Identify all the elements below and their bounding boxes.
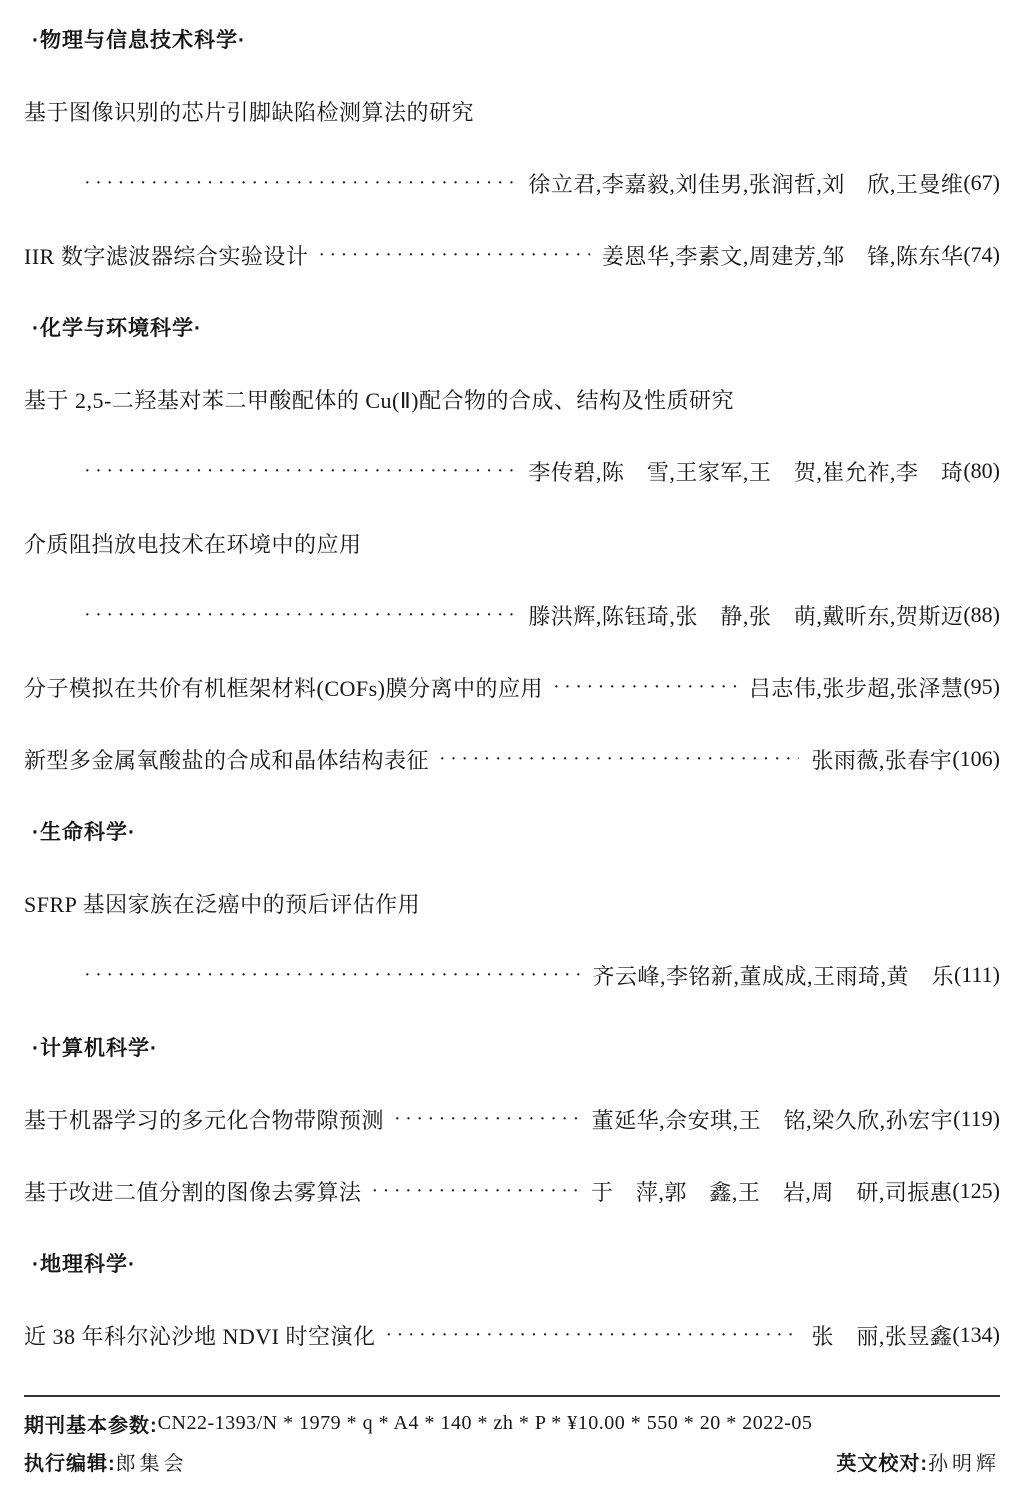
- section-heading-label: ·物理与信息技术科学·: [32, 24, 246, 54]
- toc-entry: 近 38 年科尔沁沙地 NDVI 时空演化 张 丽,张昱鑫 (134): [24, 1299, 1000, 1371]
- article-page-number: (67): [963, 170, 1000, 196]
- journal-params-value: CN22-1393/N * 1979 * q * A4 * 140 * zh *…: [158, 1412, 813, 1435]
- section-heading-geography: ·地理科学·: [24, 1227, 1000, 1299]
- article-authors: 姜恩华,李素文,周建芳,邹 锋,陈东华: [602, 240, 964, 271]
- section-heading-chemistry: ·化学与环境科学·: [24, 291, 1000, 363]
- english-proofreader-label: 英文校对:: [836, 1447, 928, 1476]
- article-page-number: (125): [952, 1178, 1000, 1204]
- executive-editor-label: 执行编辑:: [24, 1447, 116, 1476]
- article-authors: 徐立君,李嘉毅,刘佳男,张润哲,刘 欣,王曼维: [528, 168, 963, 199]
- section-heading-computer-science: ·计算机科学·: [24, 1011, 1000, 1083]
- article-page-number: (106): [952, 746, 1000, 772]
- dot-leader: [394, 1108, 580, 1131]
- article-page-number: (119): [953, 1106, 1000, 1132]
- article-authors: 齐云峰,李铭新,董成成,王雨琦,黄 乐: [592, 960, 954, 991]
- executive-editor-name: 郎集会: [116, 1447, 188, 1476]
- toc-entry-authors-line: 李传碧,陈 雪,王家军,王 贺,崔允祚,李 琦 (80): [24, 435, 1000, 507]
- section-heading-label: ·化学与环境科学·: [32, 312, 202, 342]
- english-proofreader: 英文校对: 孙明辉: [836, 1447, 1000, 1476]
- section-heading-label: ·地理科学·: [32, 1248, 136, 1278]
- article-title: SFRP 基因家族在泛癌中的预后评估作用: [24, 888, 420, 919]
- dot-leader: [84, 172, 516, 195]
- executive-editor: 执行编辑: 郎集会: [24, 1447, 188, 1476]
- article-page-number: (134): [952, 1322, 1000, 1348]
- dot-leader: [553, 676, 737, 699]
- article-title: 介质阻挡放电技术在环境中的应用: [24, 528, 362, 559]
- toc-entry: 新型多金属氧酸盐的合成和晶体结构表征 张雨薇,张春宇 (106): [24, 723, 1000, 795]
- toc-entry-authors-line: 齐云峰,李铭新,董成成,王雨琦,黄 乐 (111): [24, 939, 1000, 1011]
- toc-entry-title: SFRP 基因家族在泛癌中的预后评估作用: [24, 867, 1000, 939]
- section-heading-label: ·计算机科学·: [32, 1032, 158, 1062]
- article-page-number: (80): [963, 458, 1000, 484]
- editors-line: 执行编辑: 郎集会 英文校对: 孙明辉: [24, 1443, 1000, 1479]
- toc-entry: 基于机器学习的多元化合物带隙预测 董延华,佘安琪,王 铭,梁久欣,孙宏宇 (11…: [24, 1083, 1000, 1155]
- article-authors: 吕志伟,张步超,张泽慧: [749, 672, 964, 703]
- article-authors: 董延华,佘安琪,王 铭,梁久欣,孙宏宇: [592, 1104, 954, 1135]
- article-page-number: (74): [963, 242, 1000, 268]
- article-title: IIR 数字滤波器综合实验设计: [24, 240, 308, 271]
- dot-leader: [439, 748, 799, 771]
- article-page-number: (88): [963, 602, 1000, 628]
- article-authors: 张雨薇,张春宇: [811, 744, 952, 775]
- article-title: 分子模拟在共价有机框架材料(COFs)膜分离中的应用: [24, 672, 543, 703]
- article-title: 基于机器学习的多元化合物带隙预测: [24, 1104, 384, 1135]
- article-authors: 滕洪辉,陈钰琦,张 静,张 萌,戴昕东,贺斯迈: [528, 600, 963, 631]
- toc-entry-authors-line: 滕洪辉,陈钰琦,张 静,张 萌,戴昕东,贺斯迈 (88): [24, 579, 1000, 651]
- article-title: 基于 2,5-二羟基对苯二甲酸配体的 Cu(Ⅱ)配合物的合成、结构及性质研究: [24, 384, 734, 415]
- article-authors: 于 萍,郭 鑫,王 岩,周 研,司振惠: [591, 1176, 953, 1207]
- toc-entry: IIR 数字滤波器综合实验设计 姜恩华,李素文,周建芳,邹 锋,陈东华 (74): [24, 219, 1000, 291]
- article-page-number: (111): [954, 962, 1000, 988]
- article-authors: 张 丽,张昱鑫: [811, 1320, 952, 1351]
- toc-entry: 基于改进二值分割的图像去雾算法 于 萍,郭 鑫,王 岩,周 研,司振惠 (125…: [24, 1155, 1000, 1227]
- dot-leader: [84, 604, 516, 627]
- article-title: 基于改进二值分割的图像去雾算法: [24, 1176, 362, 1207]
- dot-leader: [386, 1324, 800, 1347]
- article-title: 近 38 年科尔沁沙地 NDVI 时空演化: [24, 1320, 376, 1351]
- toc-entry-title: 介质阻挡放电技术在环境中的应用: [24, 507, 1000, 579]
- article-page-number: (95): [963, 674, 1000, 700]
- dot-leader: [318, 244, 590, 267]
- journal-parameters-line: 期刊基本参数: CN22-1393/N * 1979 * q * A4 * 14…: [24, 1405, 1000, 1441]
- article-title: 基于图像识别的芯片引脚缺陷检测算法的研究: [24, 96, 474, 127]
- dot-leader: [84, 460, 516, 483]
- toc-entry-title: 基于 2,5-二羟基对苯二甲酸配体的 Cu(Ⅱ)配合物的合成、结构及性质研究: [24, 363, 1000, 435]
- article-title: 新型多金属氧酸盐的合成和晶体结构表征: [24, 744, 429, 775]
- toc-entry-authors-line: 徐立君,李嘉毅,刘佳男,张润哲,刘 欣,王曼维 (67): [24, 147, 1000, 219]
- english-proofreader-name: 孙明辉: [928, 1447, 1000, 1476]
- dot-leader: [84, 964, 580, 987]
- journal-toc-page: ·物理与信息技术科学· 基于图像识别的芯片引脚缺陷检测算法的研究 徐立君,李嘉毅…: [0, 0, 1024, 1504]
- section-heading-label: ·生命科学·: [32, 816, 136, 846]
- toc-entry-title: 基于图像识别的芯片引脚缺陷检测算法的研究: [24, 75, 1000, 147]
- dot-leader: [372, 1180, 579, 1203]
- section-heading-physics: ·物理与信息技术科学·: [24, 3, 1000, 75]
- journal-params-label: 期刊基本参数:: [24, 1409, 158, 1438]
- toc-entry: 分子模拟在共价有机框架材料(COFs)膜分离中的应用 吕志伟,张步超,张泽慧 (…: [24, 651, 1000, 723]
- footer-divider: [24, 1395, 1000, 1397]
- section-heading-life-science: ·生命科学·: [24, 795, 1000, 867]
- article-authors: 李传碧,陈 雪,王家军,王 贺,崔允祚,李 琦: [528, 456, 963, 487]
